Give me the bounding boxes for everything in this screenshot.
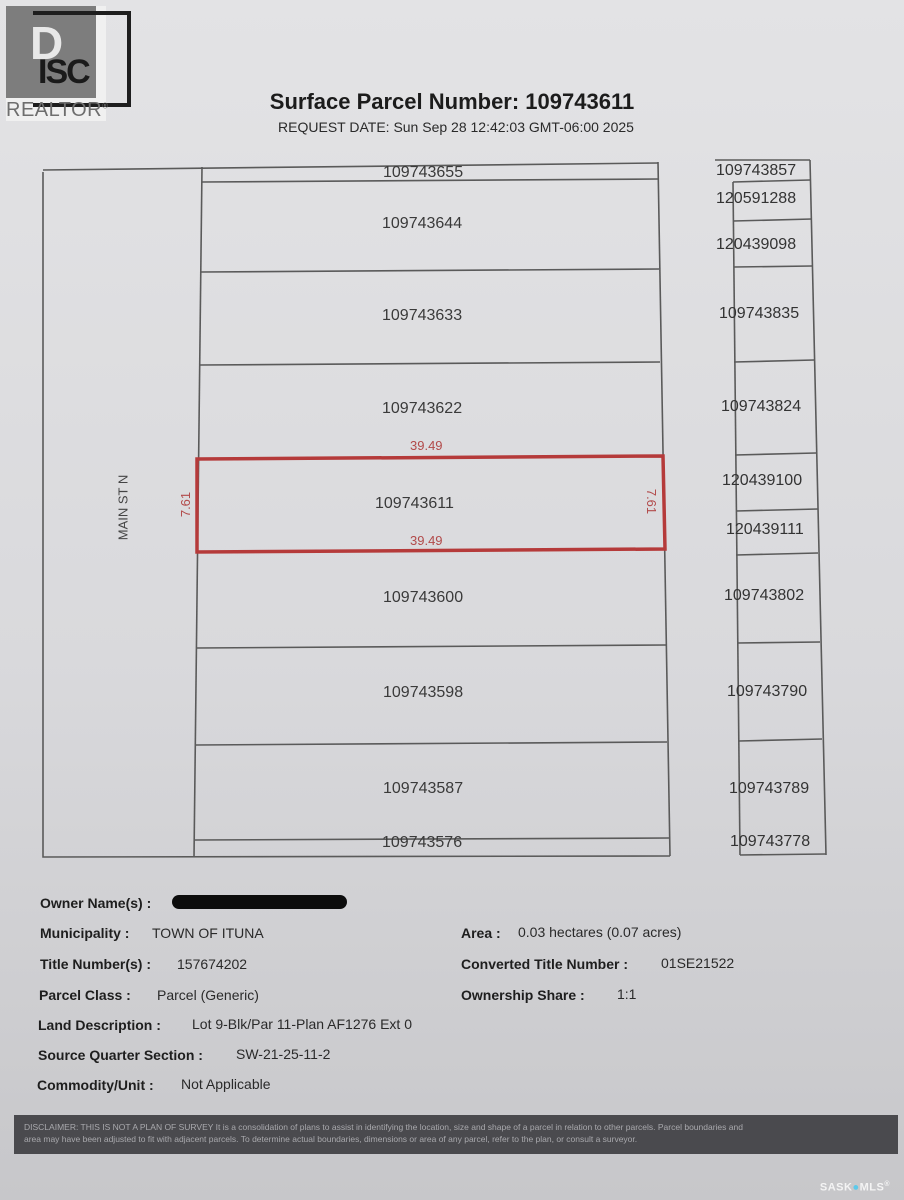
- parcel-label[interactable]: 109743598: [383, 684, 463, 702]
- parcel-map-lines: [0, 0, 904, 880]
- adjacent-parcel-label[interactable]: 120591288: [716, 190, 796, 208]
- street-label: MAIN ST N: [115, 475, 130, 541]
- commodity-label: Commodity/Unit :: [37, 1077, 154, 1093]
- disclaimer-line-2: area may have been adjusted to fit with …: [24, 1133, 888, 1145]
- municipality-value: TOWN OF ITUNA: [152, 925, 264, 941]
- land-description-label: Land Description :: [38, 1017, 161, 1033]
- adjacent-parcel-label[interactable]: 109743802: [724, 587, 804, 605]
- commodity-value: Not Applicable: [181, 1076, 271, 1092]
- parcel-label[interactable]: 109743655: [383, 164, 463, 182]
- adjacent-parcel-label[interactable]: 120439100: [722, 472, 802, 490]
- dimension-bottom: 39.49: [410, 533, 443, 548]
- mls-dot-icon: ●: [852, 1182, 859, 1194]
- title-number-label: Title Number(s) :: [40, 956, 151, 972]
- ownership-share-label: Ownership Share :: [461, 987, 585, 1003]
- converted-title-value: 01SE21522: [661, 955, 734, 971]
- dimension-left: 7.61: [178, 492, 193, 517]
- land-description-value: Lot 9-Blk/Par 11-Plan AF1276 Ext 0: [192, 1016, 412, 1032]
- parcel-class-value: Parcel (Generic): [157, 987, 259, 1003]
- owner-redaction: [172, 895, 347, 909]
- converted-title-label: Converted Title Number :: [461, 956, 628, 972]
- adjacent-parcel-label[interactable]: 109743789: [729, 780, 809, 798]
- municipality-label: Municipality :: [40, 925, 129, 941]
- parcel-map: MAIN ST N 109743655 109743644 109743633 …: [0, 0, 904, 880]
- adjacent-parcel-label[interactable]: 120439111: [726, 521, 804, 539]
- parcel-class-label: Parcel Class :: [39, 987, 131, 1003]
- quarter-section-value: SW-21-25-11-2: [236, 1046, 330, 1062]
- disclaimer-banner: DISCLAIMER: THIS IS NOT A PLAN OF SURVEY…: [14, 1115, 898, 1154]
- parcel-label[interactable]: 109743600: [383, 589, 463, 607]
- parcel-label[interactable]: 109743644: [382, 215, 462, 233]
- dimension-right: 7.61: [644, 489, 659, 514]
- dimension-top: 39.49: [410, 438, 443, 453]
- parcel-label[interactable]: 109743576: [382, 834, 462, 852]
- adjacent-parcel-label[interactable]: 109743778: [730, 833, 810, 851]
- sask-mls-watermark: SASK●MLS®: [820, 1181, 890, 1194]
- adjacent-parcel-label[interactable]: 120439098: [716, 236, 796, 254]
- parcel-label[interactable]: 109743622: [382, 400, 462, 418]
- parcel-label[interactable]: 109743587: [383, 780, 463, 798]
- subject-parcel-label[interactable]: 109743611: [375, 495, 454, 513]
- area-label: Area :: [461, 925, 501, 941]
- area-value: 0.03 hectares (0.07 acres): [518, 924, 681, 940]
- disclaimer-line-1: DISCLAIMER: THIS IS NOT A PLAN OF SURVEY…: [24, 1121, 888, 1133]
- adjacent-parcel-label[interactable]: 109743857: [716, 162, 796, 180]
- adjacent-parcel-label[interactable]: 109743835: [719, 305, 799, 323]
- adjacent-parcel-label[interactable]: 109743824: [721, 398, 801, 416]
- owner-label: Owner Name(s) :: [40, 895, 151, 911]
- title-number-value: 157674202: [177, 956, 247, 972]
- parcel-label[interactable]: 109743633: [382, 307, 462, 325]
- ownership-share-value: 1:1: [617, 986, 636, 1002]
- adjacent-parcel-label[interactable]: 109743790: [727, 683, 807, 701]
- quarter-section-label: Source Quarter Section :: [38, 1047, 203, 1063]
